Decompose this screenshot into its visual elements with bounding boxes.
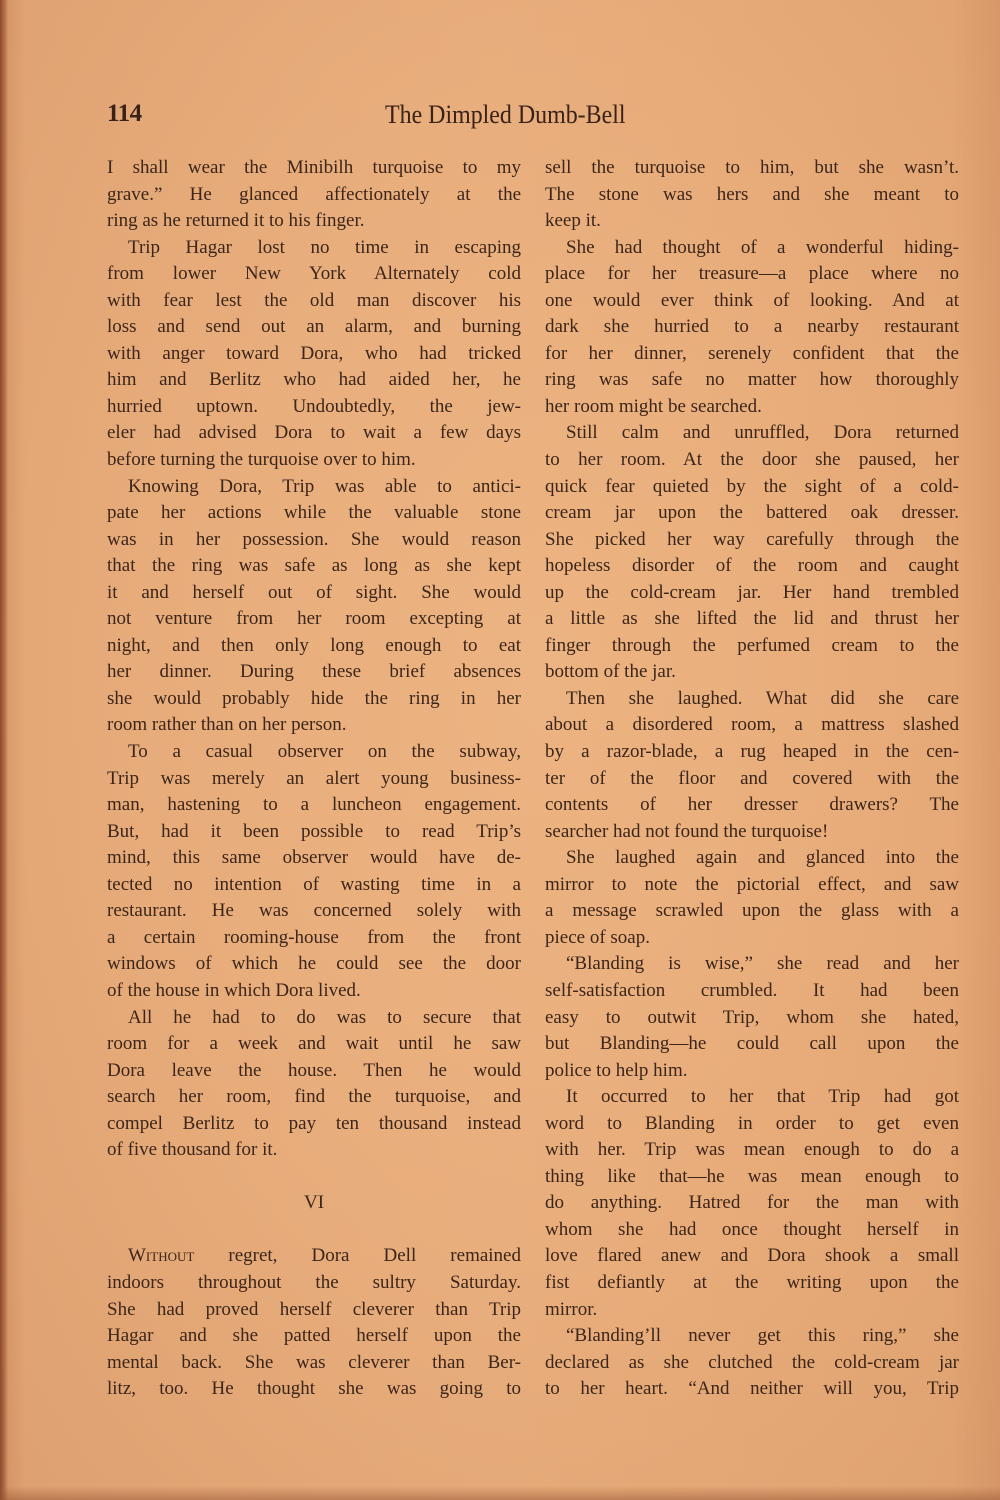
text-line: Still calm and unruffled, Dora returned <box>545 420 959 447</box>
text-line: thing like that—he was mean enough to <box>545 1164 959 1191</box>
text-line: finger through the perfumed cream to the <box>545 633 959 660</box>
spacer <box>107 1217 521 1244</box>
text-line: She had thought of a wonderful hiding- <box>545 235 959 262</box>
page-header: 114 The Dimpled Dumb-Bell <box>107 100 897 136</box>
text-line: Trip was merely an alert young business- <box>107 766 521 793</box>
text-line: To a casual observer on the subway, <box>107 739 521 766</box>
text-line: loss and send out an alarm, and burning <box>107 314 521 341</box>
text-line: room for a week and wait until he saw <box>107 1031 521 1058</box>
text-line: restaurant. He was concerned solely with <box>107 898 521 925</box>
page-bottom-edge <box>0 1486 1000 1500</box>
text-line: “Blanding is wise,” she read and her <box>545 951 959 978</box>
text-line: grave.” He glanced affectionately at the <box>107 182 521 209</box>
spacer <box>107 1164 521 1191</box>
text-line: But, had it been possible to read Trip’s <box>107 819 521 846</box>
text-line: self-satisfaction crumbled. It had been <box>545 978 959 1005</box>
text-line: The stone was hers and she meant to <box>545 182 959 209</box>
text-line: up the cold-cream jar. Her hand trembled <box>545 580 959 607</box>
text-line: dark she hurried to a nearby restaurant <box>545 314 959 341</box>
text-line: from lower New York Alternately cold <box>107 261 521 288</box>
text-line: about a disordered room, a mattress slas… <box>545 712 959 739</box>
text-line: piece of soap. <box>545 925 959 952</box>
text-line: quick fear quieted by the sight of a col… <box>545 474 959 501</box>
text-line: her room might be searched. <box>545 394 959 421</box>
text-line: ring was safe no matter how thoroughly <box>545 367 959 394</box>
chapter-opening-word: Without <box>128 1245 194 1266</box>
text-line: pate her actions while the valuable ston… <box>107 500 521 527</box>
text-line: to her room. At the door she paused, her <box>545 447 959 474</box>
text-line: mental back. She was cleverer than Ber- <box>107 1350 521 1377</box>
text-line: her dinner. During these brief absences <box>107 659 521 686</box>
text-line: declared as she clutched the cold-cream … <box>545 1350 959 1377</box>
text-line: by a razor-blade, a rug heaped in the ce… <box>545 739 959 766</box>
text-line: Dora leave the house. Then he would <box>107 1058 521 1085</box>
chapter-heading: VI <box>107 1190 521 1217</box>
text-line: love flared anew and Dora shook a small <box>545 1243 959 1270</box>
text-line: it and herself out of sight. She would <box>107 580 521 607</box>
text-line: mirror to note the pictorial effect, and… <box>545 872 959 899</box>
text-line: litz, too. He thought she was going to <box>107 1376 521 1403</box>
text-line: All he had to do was to secure that <box>107 1005 521 1032</box>
text-line: him and Berlitz who had aided her, he <box>107 367 521 394</box>
text-line: that the ring was safe as long as she ke… <box>107 553 521 580</box>
text-line: before turning the turquoise over to him… <box>107 447 521 474</box>
text-line: search her room, find the turquoise, and <box>107 1084 521 1111</box>
text-line: night, and then only long enough to eat <box>107 633 521 660</box>
text-line: a message scrawled upon the glass with a <box>545 898 959 925</box>
text-line: keep it. <box>545 208 959 235</box>
text-line: ring as he returned it to his finger. <box>107 208 521 235</box>
text-line: contents of her dresser drawers? The <box>545 792 959 819</box>
text-line: She laughed again and glanced into the <box>545 845 959 872</box>
right-column: sell the turquoise to him, but she wasn’… <box>545 155 959 1403</box>
running-title: The Dimpled Dumb-Bell <box>385 100 625 130</box>
text-line: of the house in which Dora lived. <box>107 978 521 1005</box>
text-line: Hagar and she patted herself upon the <box>107 1323 521 1350</box>
text-line: searcher had not found the turquoise! <box>545 819 959 846</box>
text-line: do anything. Hatred for the man with <box>545 1190 959 1217</box>
text-line: Trip Hagar lost no time in escaping <box>107 235 521 262</box>
text-line: cream jar upon the battered oak dresser. <box>545 500 959 527</box>
text-line: bottom of the jar. <box>545 659 959 686</box>
text-line: was in her possession. She would reason <box>107 527 521 554</box>
text-line: Knowing Dora, Trip was able to antici- <box>107 474 521 501</box>
book-page: 114 The Dimpled Dumb-Bell I shall wear t… <box>0 0 1000 1500</box>
text-line: She picked her way carefully through the <box>545 527 959 554</box>
page-number: 114 <box>107 100 142 128</box>
text-line: room rather than on her person. <box>107 712 521 739</box>
text-line: She had proved herself cleverer than Tri… <box>107 1297 521 1324</box>
text-line: with fear lest the old man discover his <box>107 288 521 315</box>
text-line: word to Blanding in order to get even <box>545 1111 959 1138</box>
text-line: compel Berlitz to pay ten thousand inste… <box>107 1111 521 1138</box>
text-line: easy to outwit Trip, whom she hated, <box>545 1005 959 1032</box>
text-line: mind, this same observer would have de- <box>107 845 521 872</box>
text-line: It occurred to her that Trip had got <box>545 1084 959 1111</box>
text-line: but Blanding—he could call upon the <box>545 1031 959 1058</box>
page-spine-edge <box>0 0 8 1500</box>
text-line: Then she laughed. What did she care <box>545 686 959 713</box>
text-line: whom she had once thought herself in <box>545 1217 959 1244</box>
text-line: hurried uptown. Undoubtedly, the jew- <box>107 394 521 421</box>
text-line: eler had advised Dora to wait a few days <box>107 420 521 447</box>
text-line: fist defiantly at the writing upon the <box>545 1270 959 1297</box>
text-line: tected no intention of wasting time in a <box>107 872 521 899</box>
text-fragment: regret, Dora Dell remained <box>194 1245 521 1266</box>
text-line: I shall wear the Minibilh turquoise to m… <box>107 155 521 182</box>
text-line: for her dinner, serenely confident that … <box>545 341 959 368</box>
text-line: place for her treasure—a place where no <box>545 261 959 288</box>
text-line: mirror. <box>545 1297 959 1324</box>
text-line: with anger toward Dora, who had tricked <box>107 341 521 368</box>
text-line: man, hastening to a luncheon engagement. <box>107 792 521 819</box>
text-line: sell the turquoise to him, but she wasn’… <box>545 155 959 182</box>
text-line: not venture from her room excepting at <box>107 606 521 633</box>
text-line: Without regret, Dora Dell remained <box>107 1243 521 1270</box>
text-line: with her. Trip was mean enough to do a <box>545 1137 959 1164</box>
text-line: a certain rooming-house from the front <box>107 925 521 952</box>
text-line: one would ever think of looking. And at <box>545 288 959 315</box>
text-line: “Blanding’ll never get this ring,” she <box>545 1323 959 1350</box>
text-line: indoors throughout the sultry Saturday. <box>107 1270 521 1297</box>
text-line: hopeless disorder of the room and caught <box>545 553 959 580</box>
text-line: she would probably hide the ring in her <box>107 686 521 713</box>
text-line: of five thousand for it. <box>107 1137 521 1164</box>
text-line: windows of which he could see the door <box>107 951 521 978</box>
text-line: to her heart. “And neither will you, Tri… <box>545 1376 959 1403</box>
left-column: I shall wear the Minibilh turquoise to m… <box>107 155 521 1403</box>
text-line: ter of the floor and covered with the <box>545 766 959 793</box>
text-line: police to help him. <box>545 1058 959 1085</box>
text-line: a little as she lifted the lid and thrus… <box>545 606 959 633</box>
